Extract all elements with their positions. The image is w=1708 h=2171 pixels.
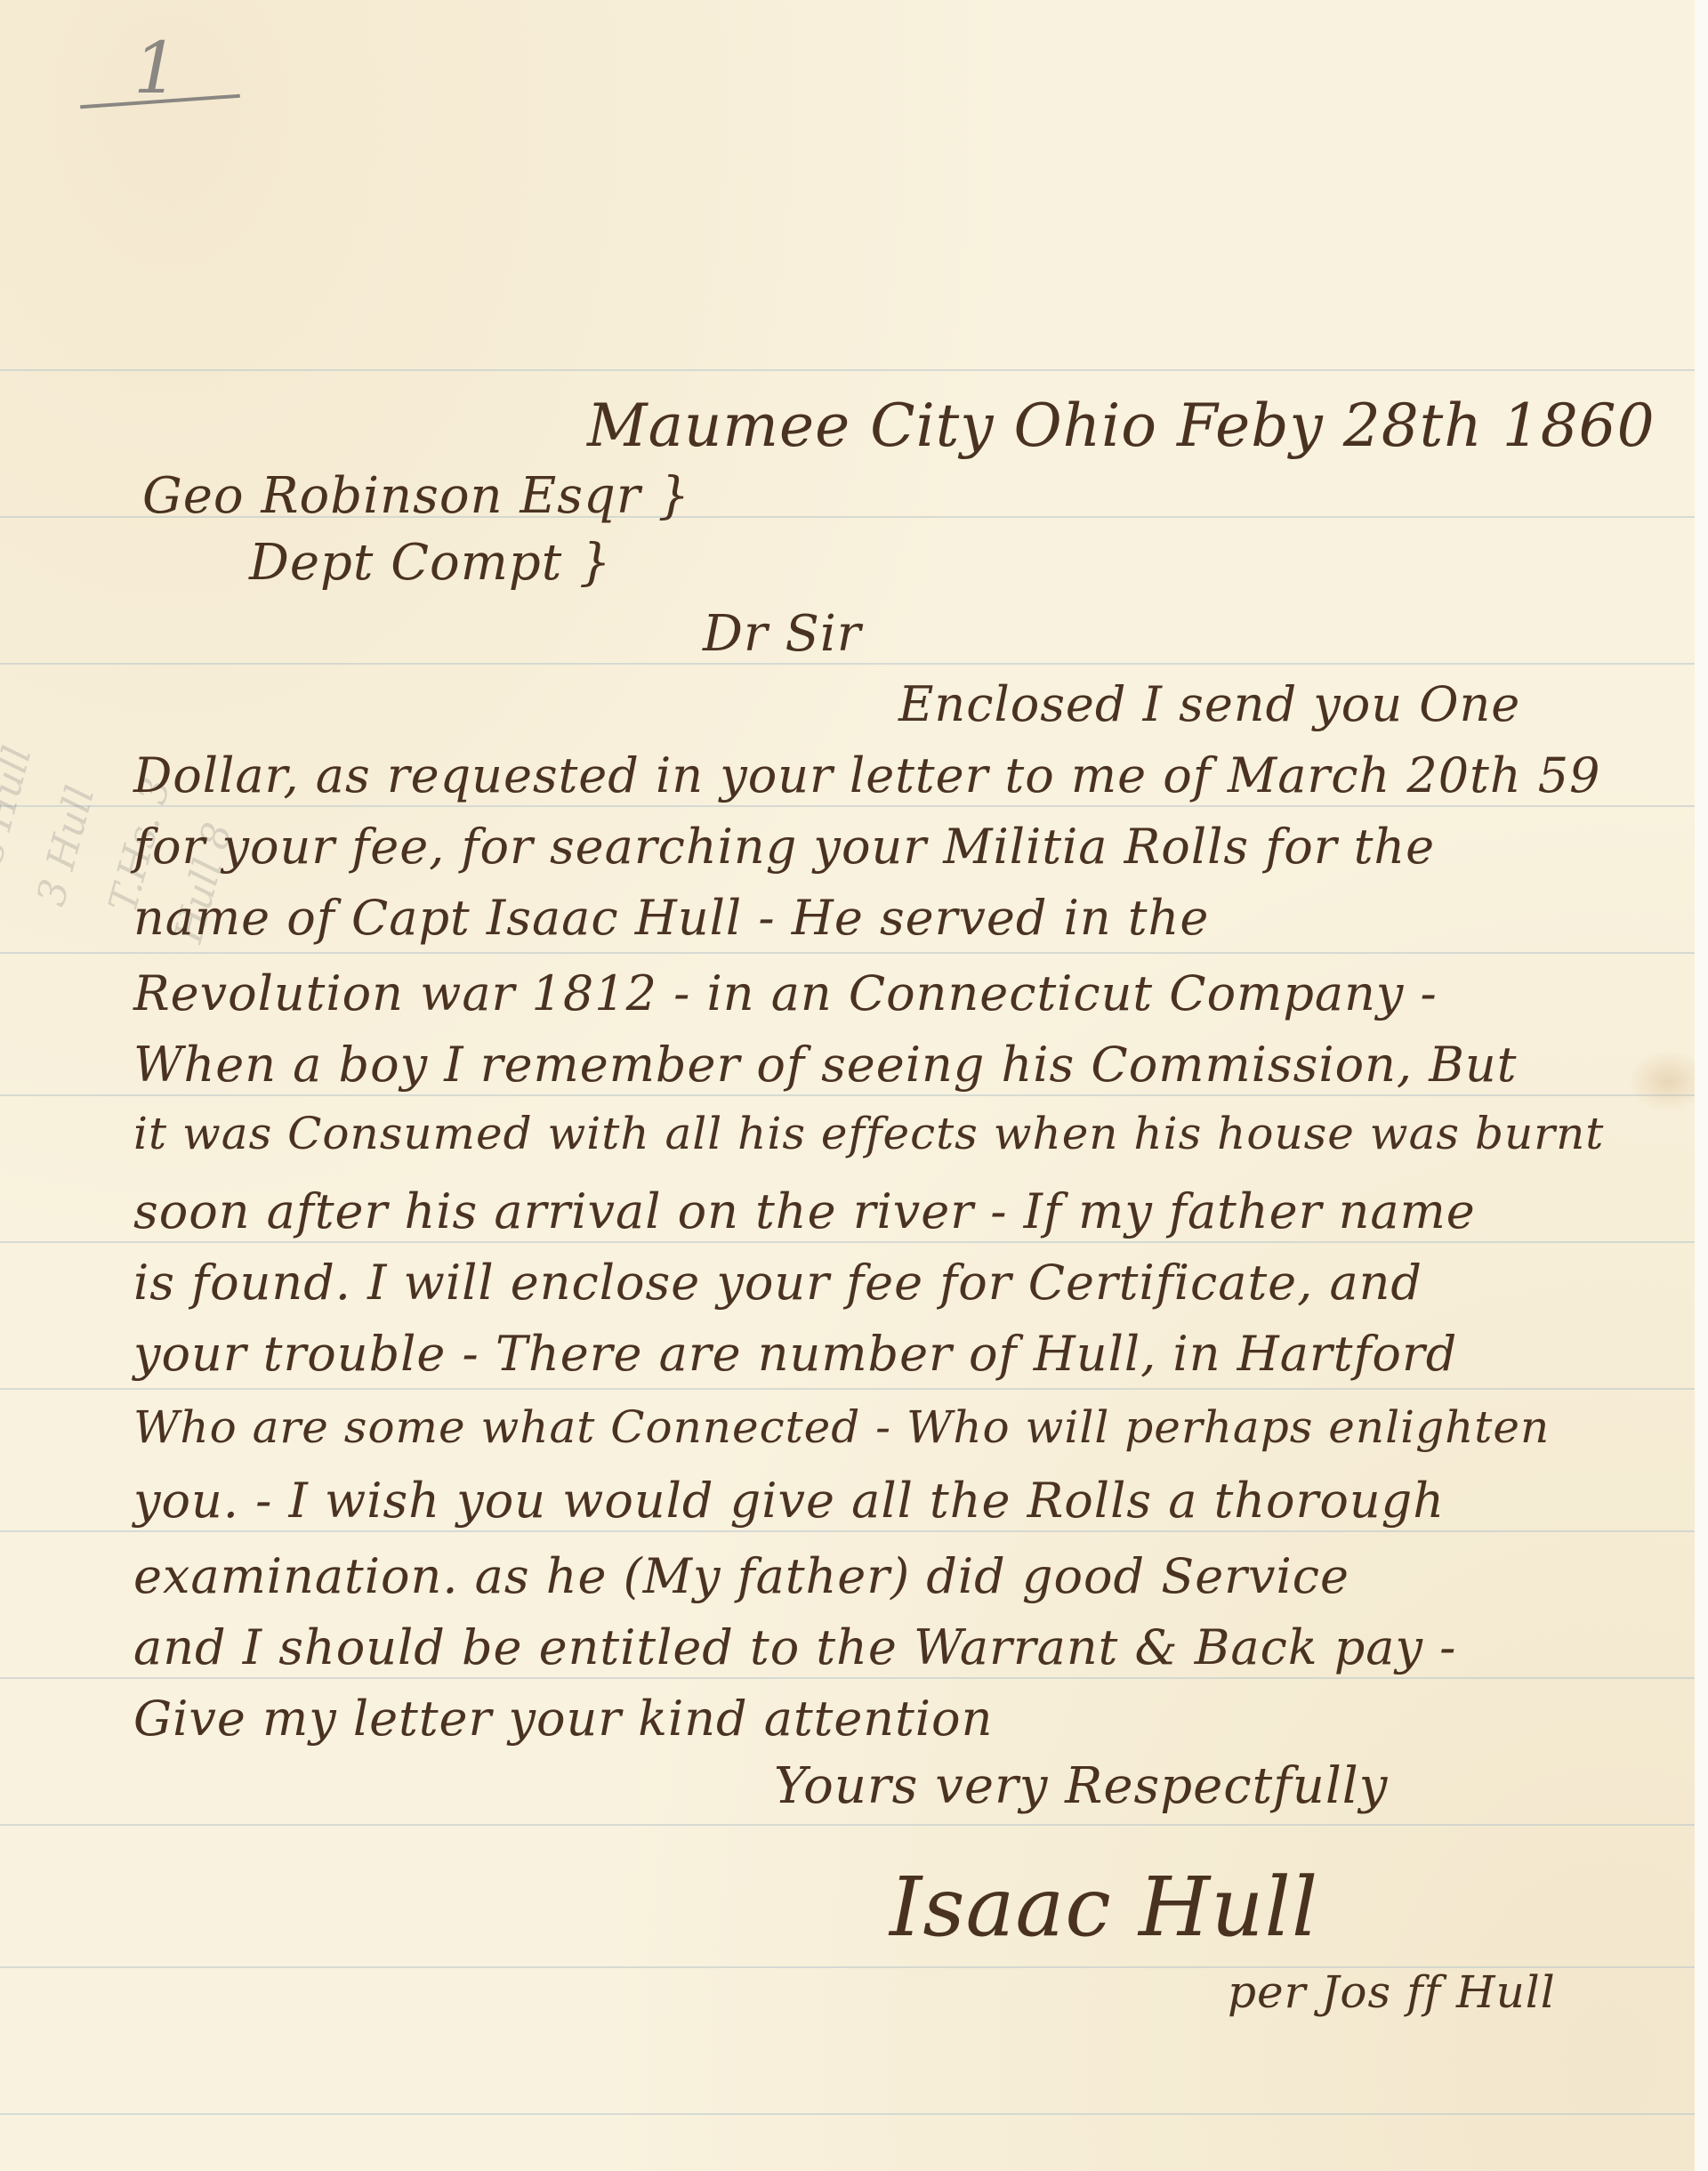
body-line: is found. I will enclose your fee for Ce…: [133, 1255, 1422, 1311]
rule-line: [0, 1388, 1695, 1390]
signature: Isaac Hull: [890, 1860, 1318, 1955]
rule-line: [0, 1824, 1695, 1826]
body-line: for your fee, for searching your Militia…: [133, 819, 1435, 875]
addressee-line-2: Dept Compt }: [249, 534, 612, 592]
rule-line: [0, 1530, 1695, 1532]
page-number-mark: 1: [133, 27, 179, 109]
body-line: you. - I wish you would give all the Rol…: [133, 1473, 1445, 1529]
page-number-text: 1: [133, 27, 179, 109]
body-line: and I should be entitled to the Warrant …: [133, 1619, 1456, 1675]
body-line: soon after his arrival on the river - If…: [133, 1183, 1476, 1239]
signature-note: per Jos ff Hull: [1228, 1966, 1556, 2018]
addressee-line-1: Geo Robinson Esqr }: [142, 467, 690, 525]
body-line: it was Consumed with all his effects whe…: [133, 1108, 1604, 1159]
body-line: your trouble - There are number of Hull,…: [133, 1326, 1457, 1382]
rule-line: [0, 1677, 1695, 1679]
body-line: When a boy I remember of seeing his Comm…: [133, 1037, 1517, 1093]
rule-line: [0, 2113, 1695, 2115]
body-line: Give my letter your kind attention: [133, 1691, 993, 1747]
dateline: Maumee City Ohio Feby 28th 1860: [587, 391, 1656, 460]
rule-line: [0, 1094, 1695, 1096]
body-line: Enclosed I send you One: [898, 676, 1520, 732]
scan-border: [1695, 0, 1708, 2171]
body-line: Dollar, as requested in your letter to m…: [133, 747, 1600, 803]
rule-line: [0, 1241, 1695, 1243]
body-line: name of Capt Isaac Hull - He served in t…: [133, 890, 1209, 946]
body-line: Who are some what Connected - Who will p…: [133, 1401, 1550, 1453]
closing: Yours very Respectfully: [774, 1757, 1388, 1815]
rule-line: [0, 663, 1695, 665]
body-line: examination. as he (My father) did good …: [133, 1548, 1349, 1604]
body-line: Revolution war 1812 - in an Connecticut …: [133, 965, 1438, 1021]
salutation: Dr Sir: [703, 605, 862, 663]
rule-line: [0, 369, 1695, 371]
letter-paper: Jos Hull 3 Hull T.Hs. 3 Hull 8 1 Maumee …: [0, 0, 1695, 2171]
rule-line: [0, 952, 1695, 954]
rule-line: [0, 805, 1695, 807]
